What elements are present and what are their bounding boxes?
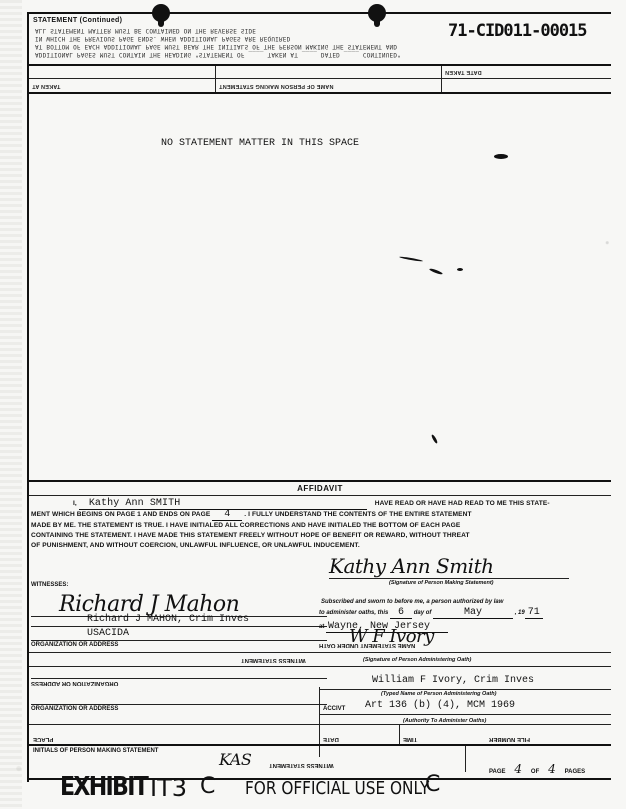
admin-signature-caption: (Signature of Person Administering Oath) [363,657,471,663]
instruction-line: ADDITIONAL PAGES MUST CONTAIN THE HEADIN… [35,50,605,58]
header-instructions: ADDITIONAL PAGES MUST CONTAIN THE HEADIN… [35,26,605,58]
affidavit-heading: AFFIDAVIT [29,484,611,493]
instruction-line: AT BOTTOM OF EACH ADDITIONAL PAGE MUST B… [35,42,605,50]
scan-speck [429,268,443,276]
time-label: TIME [403,736,417,742]
instruction-line: IN WHICH THE PREVIOUS PAGE ENDS. WHEN AD… [35,34,605,42]
subscribed-line1: Subscribed and sworn to before me, a per… [321,599,503,605]
classification-mark-2: C [425,772,440,797]
typed-name-line [319,689,611,690]
exhibit-id: IT3 [150,774,187,802]
no-statement-note: NO STATEMENT MATTER IN THIS SPACE [161,138,359,149]
header-field-divider [29,78,611,79]
witness1-name-line [31,626,327,627]
scan-speck [457,268,463,271]
witness2-org-line [31,704,327,705]
scan-speck [431,434,439,444]
affidavit-line1: HAVE READ OR HAVE HAD READ TO ME THIS ST… [375,500,550,507]
file-number-label: FILE NUMBER [489,736,530,742]
place-label: PLACE [33,736,53,742]
date-taken-label: DATE TAKEN [445,69,482,75]
affidavit-line2a: MENT WHICH BEGINS ON PAGE 1 AND ENDS ON … [31,511,210,518]
oath-signature-rule [29,666,611,667]
witness-statement-inverted: WITNESS STATEMENT [269,762,334,768]
affidavit-text: I, Kathy Ann SMITH HAVE READ OR HAVE HAD… [31,499,611,551]
org-address-label: ORGANIZATION OR ADDRESS [31,642,118,648]
oath-month: May [433,608,513,619]
oath-authority: Art 136 (b) (4), MCM 1969 [365,700,515,711]
exhibit-stamp: EXHIBIT [60,772,147,802]
page-col-sep [465,746,466,772]
affiant-name: Kathy Ann SMITH [79,499,367,510]
oath-year: 71 [525,608,543,619]
witness1-organization: USACIDA [87,628,129,639]
form-title: STATEMENT (Continued) [33,17,122,24]
scan-speck [399,256,423,262]
witnesses-label: WITNESSES: [31,582,68,588]
scan-left-edge [0,0,22,809]
authority-prefix-label: ACCIVT [323,706,345,712]
header-bottom-rule [29,92,611,94]
header-col-sep-1 [215,66,216,92]
affidavit-line2b: . I FULLY UNDERSTAND THE CONTENTS OF THE… [244,511,471,518]
statement-signature: Kathy Ann Smith [329,554,493,578]
inverted-witness-label: WITNESS STATEMENT [241,657,306,663]
authority-line [319,714,611,715]
taken-at-label: TAKEN AT [32,83,60,89]
date-label: DATE [323,736,339,742]
admin-typed-name: William F Ivory, Crim Inves [372,675,534,686]
witness-block-rule [29,652,611,653]
header-divider [29,64,611,66]
official-use-stamp: FOR OFFICIAL USE ONLY [245,778,429,799]
oath-day: 6 [390,608,412,619]
initials-row-top-rule [29,744,611,746]
affidavit-line4: CONTAINING THE STATEMENT. I HAVE MADE TH… [31,531,611,541]
org-address-label-inverted: ORGANIZATION OR ADDRESS [31,680,118,686]
place-row-top-rule [29,724,611,725]
name-person-label: NAME OF PERSON MAKING STATEMENT [219,83,333,89]
oath-col-sep [319,687,320,757]
page-current: 4 [507,764,529,774]
witness1-typed-name: Richard J MAHON, Crim Inves [87,614,249,625]
affidavit-top-rule [29,480,611,482]
scan-speck [494,154,508,159]
statement-signature-line [329,578,569,579]
instruction-line: ALL STATEMENT MATTER MUST BE CONTAINED O… [35,26,605,34]
inverted-name-label: NAME STATEMENT UNDER OATH [319,642,415,648]
typed-name-caption: (Typed Name of Person Administering Oath… [381,691,496,697]
initials-label: INITIALS OF PERSON MAKING STATEMENT [33,748,158,754]
end-page-number: 4 [212,510,242,521]
initials-value: KAS [219,750,251,769]
statement-signature-caption: (Signature of Person Making Statement) [389,580,494,586]
statement-form: STATEMENT (Continued) 71-CID011-00015 AD… [27,12,611,782]
page-count: PAGE 4 OF 4 PAGES [489,764,585,775]
witness1-org-line [31,640,327,641]
org-address-label-2: ORGANIZATION OR ADDRESS [31,706,118,712]
affidavit-line5: OF PUNISHMENT, AND WITHOUT COERCION, UNL… [31,541,611,551]
page-total: 4 [541,764,563,774]
affidavit-line3: MADE BY ME. THE STATEMENT IS TRUE. I HAV… [31,521,611,531]
affidavit-intro: I, [73,500,77,507]
header-col-sep-2 [441,66,442,92]
subscribed-line2: to administer oaths, this 6 day of May ,… [319,608,543,619]
witness2-line [31,678,327,679]
time-col-sep [399,724,400,744]
classification-mark: C [200,774,215,799]
affidavit-heading-rule [29,495,611,496]
